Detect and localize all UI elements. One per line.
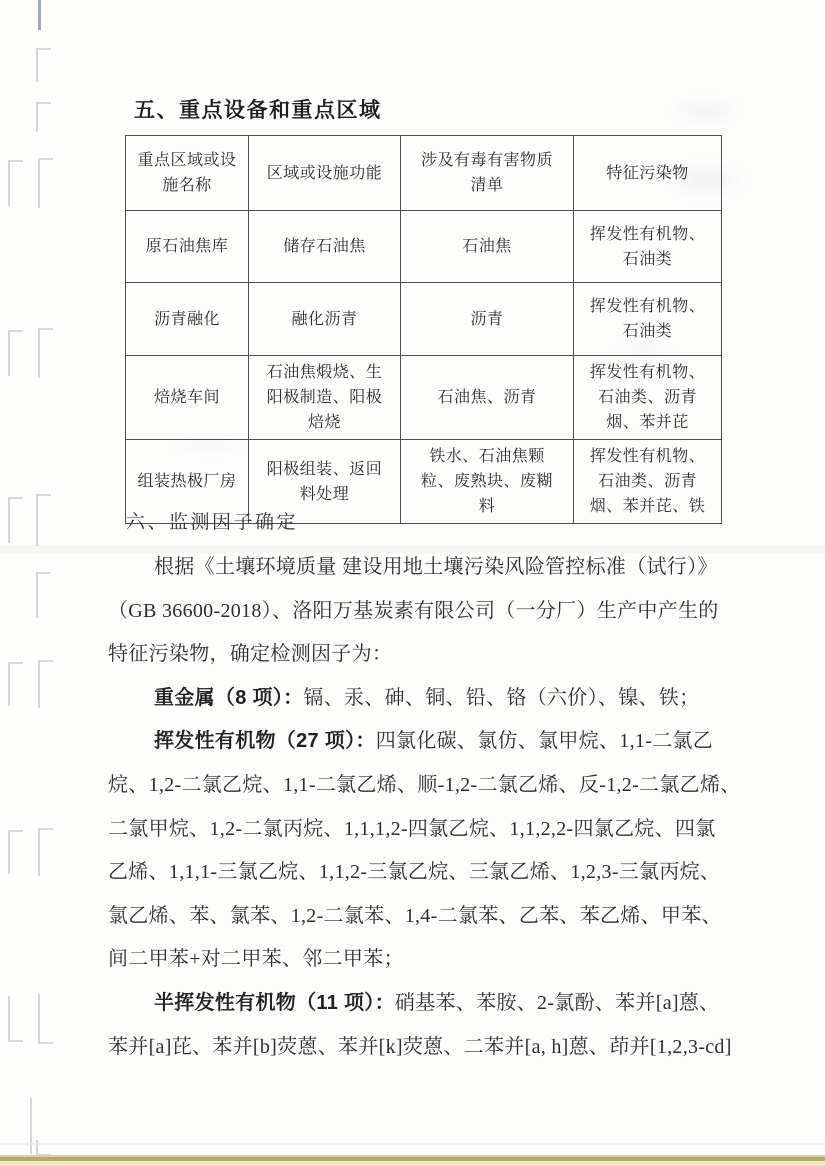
table-row: 沥青融化 融化沥青 沥青 挥发性有机物、石油类	[126, 283, 722, 356]
body-line: 二氯甲烷、1,2-二氯丙烷、1,1,1,2-四氯乙烷、1,1,2,2-四氯乙烷、…	[108, 808, 714, 852]
binding-hole-mark	[38, 828, 53, 876]
table-row: 原石油焦库 储存石油焦 石油焦 挥发性有机物、石油类	[126, 211, 722, 283]
body-line-text: 乙烯、1,1,1-三氯乙烷、1,1,2-三氯乙烷、三氯乙烯、1,2,3-三氯丙烷…	[108, 861, 720, 883]
binding-hole-mark	[8, 330, 23, 376]
table-cell: 石油焦	[401, 211, 574, 283]
body-line: （GB 36600-2018）、洛阳万基炭素有限公司（一分厂）生产中产生的	[108, 590, 714, 634]
scan-edge-line	[0, 1143, 825, 1145]
table-header-row: 重点区域或设施名称 区域或设施功能 涉及有毒有害物质清单 特征污染物	[126, 136, 722, 211]
column-header: 区域或设施功能	[249, 136, 401, 211]
table-cell: 沥青融化	[126, 283, 249, 356]
body-line-text: 硝基苯、苯胺、2-氯酚、苯并[a]蒽、	[395, 992, 720, 1014]
body-line-text: 四氯化碳、氯仿、氯甲烷、1,1-二氯乙	[376, 730, 713, 752]
body-line: 苯并[a]芘、苯并[b]荧蒽、苯并[k]荧蒽、二苯并[a, h]蒽、茚并[1,2…	[108, 1026, 714, 1070]
table-cell: 焙烧车间	[126, 356, 249, 440]
binding-hole-mark	[38, 660, 53, 708]
table-cell: 石油焦、沥青	[401, 356, 574, 440]
scan-smudge	[650, 88, 760, 134]
body-line-bold: 半挥发性有机物（11 项）：	[154, 992, 395, 1014]
body-line: 乙烯、1,1,1-三氯乙烷、1,1,2-三氯乙烷、三氯乙烯、1,2,3-三氯丙烷…	[108, 851, 714, 895]
binding-hole-mark	[38, 994, 53, 1044]
scanned-document-page: 五、重点设备和重点区域 重点区域或设施名称 区域或设施功能 涉及有毒有害物质清单…	[0, 0, 825, 1166]
body-line-text: （GB 36600-2018）、洛阳万基炭素有限公司（一分厂）生产中产生的	[108, 600, 719, 622]
binding-hole-mark	[38, 158, 53, 208]
table-cell: 融化沥青	[249, 283, 401, 356]
body-line: 间二甲苯+对二甲苯、邻二甲苯；	[108, 938, 714, 982]
body-line: 挥发性有机物（27 项）：四氯化碳、氯仿、氯甲烷、1,1-二氯乙	[108, 720, 714, 764]
binding-hole-mark	[36, 494, 51, 546]
body-line-text: 镉、汞、砷、铜、铅、铬（六价）、镍、铁；	[303, 687, 699, 709]
body-line-text: 苯并[a]芘、苯并[b]荧蒽、苯并[k]荧蒽、二苯并[a, h]蒽、茚并[1,2…	[108, 1036, 732, 1058]
column-header: 涉及有毒有害物质清单	[401, 136, 574, 211]
body-line: 氯乙烯、苯、氯苯、1,2-二氯苯、1,4-二氯苯、乙苯、苯乙烯、甲苯、	[108, 895, 714, 939]
binding-hole-mark	[38, 328, 53, 378]
section6-heading: 六、监测因子确定	[126, 507, 298, 534]
table-cell: 原石油焦库	[126, 211, 249, 283]
binding-hole-mark	[8, 497, 23, 543]
body-line: 半挥发性有机物（11 项）：硝基苯、苯胺、2-氯酚、苯并[a]蒽、	[108, 982, 714, 1026]
binding-hole-mark	[36, 48, 51, 82]
table-row: 焙烧车间 石油焦煅烧、生阳极制造、阳极焙烧 石油焦、沥青 挥发性有机物、石油类、…	[126, 356, 722, 440]
binding-hole-mark	[38, 0, 53, 30]
table-cell: 铁水、石油焦颗粒、废熟块、废糊料	[401, 440, 574, 524]
key-areas-table: 重点区域或设施名称 区域或设施功能 涉及有毒有害物质清单 特征污染物 原石油焦库…	[125, 135, 722, 524]
body-line-text: 烷、1,2-二氯乙烷、1,1-二氯乙烯、顺-1,2-二氯乙烯、反-1,2-二氯乙…	[108, 774, 741, 796]
table-cell: 挥发性有机物、石油类、沥青烟、苯并芘、铁	[574, 440, 722, 524]
body-text: 根据《土壤环境质量 建设用地土壤污染风险管控标准（试行）》 （GB 36600-…	[108, 546, 714, 1069]
column-header: 特征污染物	[574, 136, 722, 211]
table-cell: 挥发性有机物、石油类、沥青烟、苯并芘	[574, 356, 722, 440]
table-cell: 挥发性有机物、石油类	[574, 211, 722, 283]
table-cell: 储存石油焦	[249, 211, 401, 283]
table-cell: 沥青	[401, 283, 574, 356]
table-cell: 挥发性有机物、石油类	[574, 283, 722, 356]
body-line-text: 特征污染物，确定检测因子为：	[108, 643, 392, 665]
binding-hole-mark	[36, 572, 51, 618]
scan-edge-line	[0, 1161, 825, 1166]
binding-hole-mark	[8, 160, 23, 206]
column-header: 重点区域或设施名称	[126, 136, 249, 211]
body-line: 根据《土壤环境质量 建设用地土壤污染风险管控标准（试行）》	[108, 546, 714, 590]
body-line: 烷、1,2-二氯乙烷、1,1-二氯乙烯、顺-1,2-二氯乙烯、反-1,2-二氯乙…	[108, 764, 714, 808]
body-line-text: 根据《土壤环境质量 建设用地土壤污染风险管控标准（试行）》	[154, 556, 718, 578]
body-line-bold: 挥发性有机物（27 项）：	[154, 730, 376, 752]
body-line: 重金属（8 项）：镉、汞、砷、铜、铅、铬（六价）、镍、铁；	[108, 677, 714, 721]
binding-hole-mark	[8, 662, 23, 706]
binding-hole-mark	[8, 830, 23, 874]
binding-hole-mark	[36, 102, 51, 132]
table-cell: 石油焦煅烧、生阳极制造、阳极焙烧	[249, 356, 401, 440]
binding-hole-mark	[8, 996, 23, 1042]
body-line-text: 间二甲苯+对二甲苯、邻二甲苯；	[108, 948, 404, 970]
body-line-bold: 重金属（8 项）：	[154, 687, 303, 709]
body-line: 特征污染物，确定检测因子为：	[108, 633, 714, 677]
body-line-text: 氯乙烯、苯、氯苯、1,2-二氯苯、1,4-二氯苯、乙苯、苯乙烯、甲苯、	[108, 905, 722, 927]
body-line-text: 二氯甲烷、1,2-二氯丙烷、1,1,1,2-四氯乙烷、1,1,2,2-四氯乙烷、…	[108, 818, 716, 840]
section5-heading: 五、重点设备和重点区域	[134, 94, 382, 124]
